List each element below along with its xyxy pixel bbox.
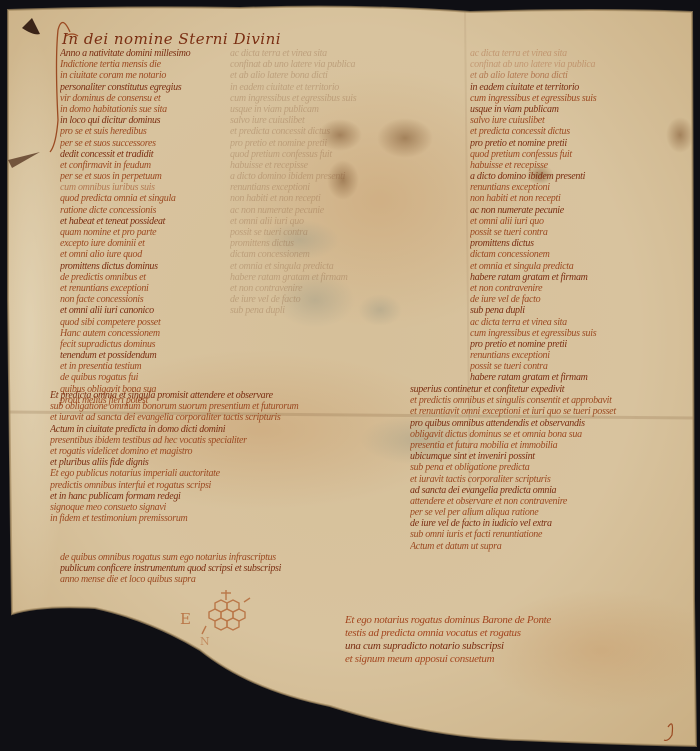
svg-text:E: E [180, 610, 191, 628]
manuscript-scene: E N In dei nomine Sterni Divini Anno a n… [0, 0, 700, 751]
parchment-sheet: E N [0, 0, 700, 751]
svg-text:N: N [200, 635, 210, 648]
